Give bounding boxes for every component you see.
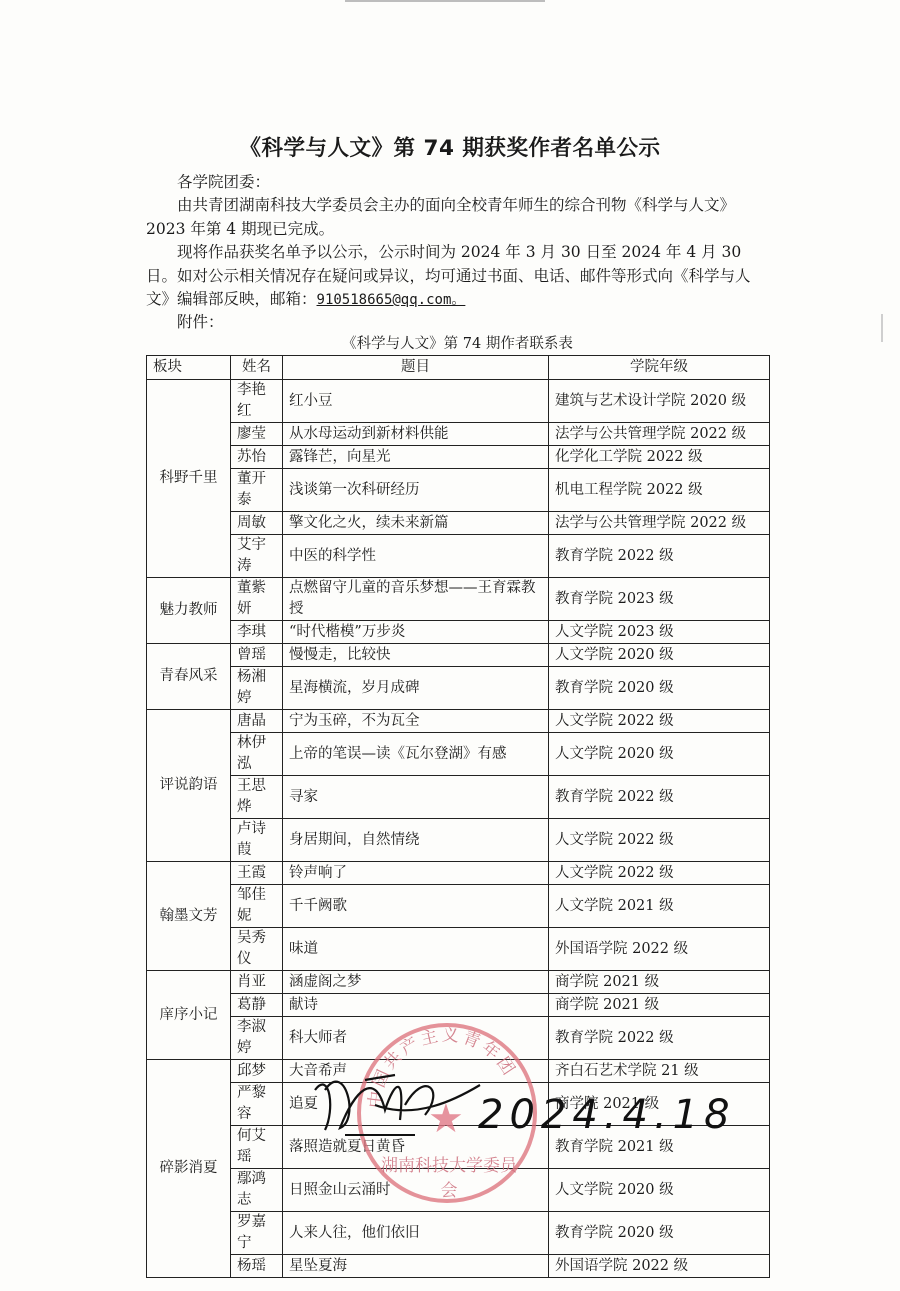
author-name-cell: 肖亚 <box>231 971 283 994</box>
article-title-cell: 星海横流，岁月成碑 <box>283 667 549 710</box>
header-college: 学院年级 <box>549 356 770 380</box>
college-grade-cell: 法学与公共管理学院 2022 级 <box>549 423 770 446</box>
article-title-cell: 浅谈第一次科研经历 <box>283 469 549 512</box>
author-name-cell: 李艳红 <box>231 380 283 423</box>
table-row: 吴秀仪味道外国语学院 2022 级 <box>147 928 770 971</box>
table-row: 杨瑶星坠夏海外国语学院 2022 级 <box>147 1255 770 1278</box>
author-name-cell: 王霞 <box>231 862 283 885</box>
attachment-label-text: 附件： <box>177 313 224 331</box>
author-name-cell: 邱梦 <box>231 1060 283 1083</box>
table-row: 卢诗葭身居期间，自然情绕人文学院 2022 级 <box>147 819 770 862</box>
section-cell: 翰墨文芳 <box>147 862 231 971</box>
author-name-cell: 王思烨 <box>231 776 283 819</box>
section-cell: 青春风采 <box>147 644 231 710</box>
article-title-cell: 寻家 <box>283 776 549 819</box>
table-header-row: 板块 姓名 题目 学院年级 <box>147 356 770 380</box>
table-row: 苏怡露锋芒，向星光化学化工学院 2022 级 <box>147 446 770 469</box>
section-cell: 科野千里 <box>147 380 231 578</box>
college-grade-cell: 人文学院 2022 级 <box>549 819 770 862</box>
college-grade-cell: 人文学院 2020 级 <box>549 644 770 667</box>
author-name-cell: 邹佳妮 <box>231 885 283 928</box>
page-edge-mark <box>345 0 545 2</box>
table-row: 罗嘉宁人来人往，他们依旧教育学院 2020 级 <box>147 1212 770 1255</box>
table-row: 葛静献诗商学院 2021 级 <box>147 994 770 1017</box>
author-name-cell: 吴秀仪 <box>231 928 283 971</box>
college-grade-cell: 人文学院 2022 级 <box>549 710 770 733</box>
table-row: 董开泰浅谈第一次科研经历机电工程学院 2022 级 <box>147 469 770 512</box>
article-title-cell: 千千阙歌 <box>283 885 549 928</box>
table-row: 魅力教师董紫妍点燃留守儿童的音乐梦想——王育霖教授教育学院 2023 级 <box>147 578 770 621</box>
author-name-cell: 周敏 <box>231 512 283 535</box>
table-row: 艾宇涛中医的科学性教育学院 2022 级 <box>147 535 770 578</box>
section-cell: 庠序小记 <box>147 971 231 1060</box>
college-grade-cell: 人文学院 2023 级 <box>549 621 770 644</box>
author-name-cell: 严黎容 <box>231 1083 283 1126</box>
college-grade-cell: 建筑与艺术设计学院 2020 级 <box>549 380 770 423</box>
author-name-cell: 罗嘉宁 <box>231 1212 283 1255</box>
section-cell: 评说韵语 <box>147 710 231 862</box>
article-title-cell: 献诗 <box>283 994 549 1017</box>
table-row: 翰墨文芳王霞铃声响了人文学院 2022 级 <box>147 862 770 885</box>
table-row: 邹佳妮千千阙歌人文学院 2021 级 <box>147 885 770 928</box>
author-name-cell: 林伊泓 <box>231 733 283 776</box>
college-grade-cell: 商学院 2021 级 <box>549 994 770 1017</box>
table-row: 王思烨寻家教育学院 2022 级 <box>147 776 770 819</box>
college-grade-cell: 人文学院 2021 级 <box>549 885 770 928</box>
author-name-cell: 葛静 <box>231 994 283 1017</box>
attachment-label: 附件： <box>146 311 762 335</box>
author-name-cell: 杨湘婷 <box>231 667 283 710</box>
author-name-cell: 曾瑶 <box>231 644 283 667</box>
paragraph-intro: 由共青团湖南科技大学委员会主办的面向全校青年师生的综合刊物《科学与人文》2023… <box>146 194 762 241</box>
article-title-cell: 人来人往，他们依旧 <box>283 1212 549 1255</box>
college-grade-cell: 人文学院 2020 级 <box>549 1169 770 1212</box>
article-title-cell: 涵虚阁之梦 <box>283 971 549 994</box>
article-title-cell: 身居期间，自然情绕 <box>283 819 549 862</box>
college-grade-cell: 化学化工学院 2022 级 <box>549 446 770 469</box>
college-grade-cell: 教育学院 2023 级 <box>549 578 770 621</box>
college-grade-cell: 教育学院 2020 级 <box>549 1212 770 1255</box>
table-row: 青春风采曾瑶慢慢走，比较快人文学院 2020 级 <box>147 644 770 667</box>
college-grade-cell: 教育学院 2022 级 <box>549 1017 770 1060</box>
article-title-cell: “时代楷模”万步炎 <box>283 621 549 644</box>
article-title-cell: 从水母运动到新材料供能 <box>283 423 549 446</box>
college-grade-cell: 机电工程学院 2022 级 <box>549 469 770 512</box>
author-name-cell: 李琪 <box>231 621 283 644</box>
article-title-cell: 宁为玉碎，不为瓦全 <box>283 710 549 733</box>
table-caption: 《科学与人文》第 74 期作者联系表 <box>146 332 769 353</box>
article-title-cell: 红小豆 <box>283 380 549 423</box>
article-title-cell: 铃声响了 <box>283 862 549 885</box>
table-row: 杨湘婷星海横流，岁月成碑教育学院 2020 级 <box>147 667 770 710</box>
college-grade-cell: 教育学院 2020 级 <box>549 667 770 710</box>
table-row: 林伊泓上帝的笔误—读《瓦尔登湖》有感人文学院 2020 级 <box>147 733 770 776</box>
college-grade-cell: 齐白石艺术学院 21 级 <box>549 1060 770 1083</box>
contact-email[interactable]: 910518665@qq.com。 <box>317 292 466 308</box>
author-name-cell: 唐晶 <box>231 710 283 733</box>
handwritten-signature <box>305 1050 505 1140</box>
salutation-text: 各学院团委： <box>177 173 270 191</box>
signature-date: 2024.4.18 <box>478 1092 736 1138</box>
college-grade-cell: 人文学院 2020 级 <box>549 733 770 776</box>
table-row: 庠序小记肖亚涵虚阁之梦商学院 2021 级 <box>147 971 770 994</box>
college-grade-cell: 外国语学院 2022 级 <box>549 928 770 971</box>
table-row: 评说韵语唐晶宁为玉碎，不为瓦全人文学院 2022 级 <box>147 710 770 733</box>
author-name-cell: 卢诗葭 <box>231 819 283 862</box>
header-name: 姓名 <box>231 356 283 380</box>
article-title-cell: 上帝的笔误—读《瓦尔登湖》有感 <box>283 733 549 776</box>
article-title-cell: 点燃留守儿童的音乐梦想——王育霖教授 <box>283 578 549 621</box>
article-title-cell: 味道 <box>283 928 549 971</box>
paragraph-notice: 现将作品获奖名单予以公示，公示时间为 2024 年 3 月 30 日至 2024… <box>146 241 762 313</box>
author-name-cell: 鄢鸿志 <box>231 1169 283 1212</box>
document-title: 《科学与人文》第 74 期获奖作者名单公示 <box>0 131 900 162</box>
scan-edge-mark <box>881 314 883 342</box>
table-row: 廖莹从水母运动到新材料供能法学与公共管理学院 2022 级 <box>147 423 770 446</box>
section-cell: 魅力教师 <box>147 578 231 644</box>
college-grade-cell: 教育学院 2022 级 <box>549 776 770 819</box>
college-grade-cell: 人文学院 2022 级 <box>549 862 770 885</box>
author-name-cell: 李淑婷 <box>231 1017 283 1060</box>
article-title-cell: 露锋芒，向星光 <box>283 446 549 469</box>
author-name-cell: 廖莹 <box>231 423 283 446</box>
college-grade-cell: 教育学院 2022 级 <box>549 535 770 578</box>
header-title: 题目 <box>283 356 549 380</box>
college-grade-cell: 法学与公共管理学院 2022 级 <box>549 512 770 535</box>
author-name-cell: 苏怡 <box>231 446 283 469</box>
author-name-cell: 何艾瑶 <box>231 1126 283 1169</box>
author-name-cell: 杨瑶 <box>231 1255 283 1278</box>
table-row: 李琪“时代楷模”万步炎人文学院 2023 级 <box>147 621 770 644</box>
seal-bottom-text: 湖南科技大学委员会 <box>379 1151 519 1201</box>
college-grade-cell: 外国语学院 2022 级 <box>549 1255 770 1278</box>
header-section: 板块 <box>147 356 231 380</box>
article-title-cell: 擎文化之火，续未来新篇 <box>283 512 549 535</box>
author-name-cell: 董紫妍 <box>231 578 283 621</box>
paragraph-intro-text: 由共青团湖南科技大学委员会主办的面向全校青年师生的综合刊物《科学与人文》2023… <box>146 196 735 238</box>
section-cell: 碎影消夏 <box>147 1060 231 1278</box>
author-name-cell: 艾宇涛 <box>231 535 283 578</box>
article-title-cell: 中医的科学性 <box>283 535 549 578</box>
salutation: 各学院团委： <box>146 171 762 195</box>
article-title-cell: 星坠夏海 <box>283 1255 549 1278</box>
college-grade-cell: 商学院 2021 级 <box>549 971 770 994</box>
article-title-cell: 慢慢走，比较快 <box>283 644 549 667</box>
author-name-cell: 董开泰 <box>231 469 283 512</box>
table-row: 科野千里李艳红红小豆建筑与艺术设计学院 2020 级 <box>147 380 770 423</box>
table-row: 周敏擎文化之火，续未来新篇法学与公共管理学院 2022 级 <box>147 512 770 535</box>
